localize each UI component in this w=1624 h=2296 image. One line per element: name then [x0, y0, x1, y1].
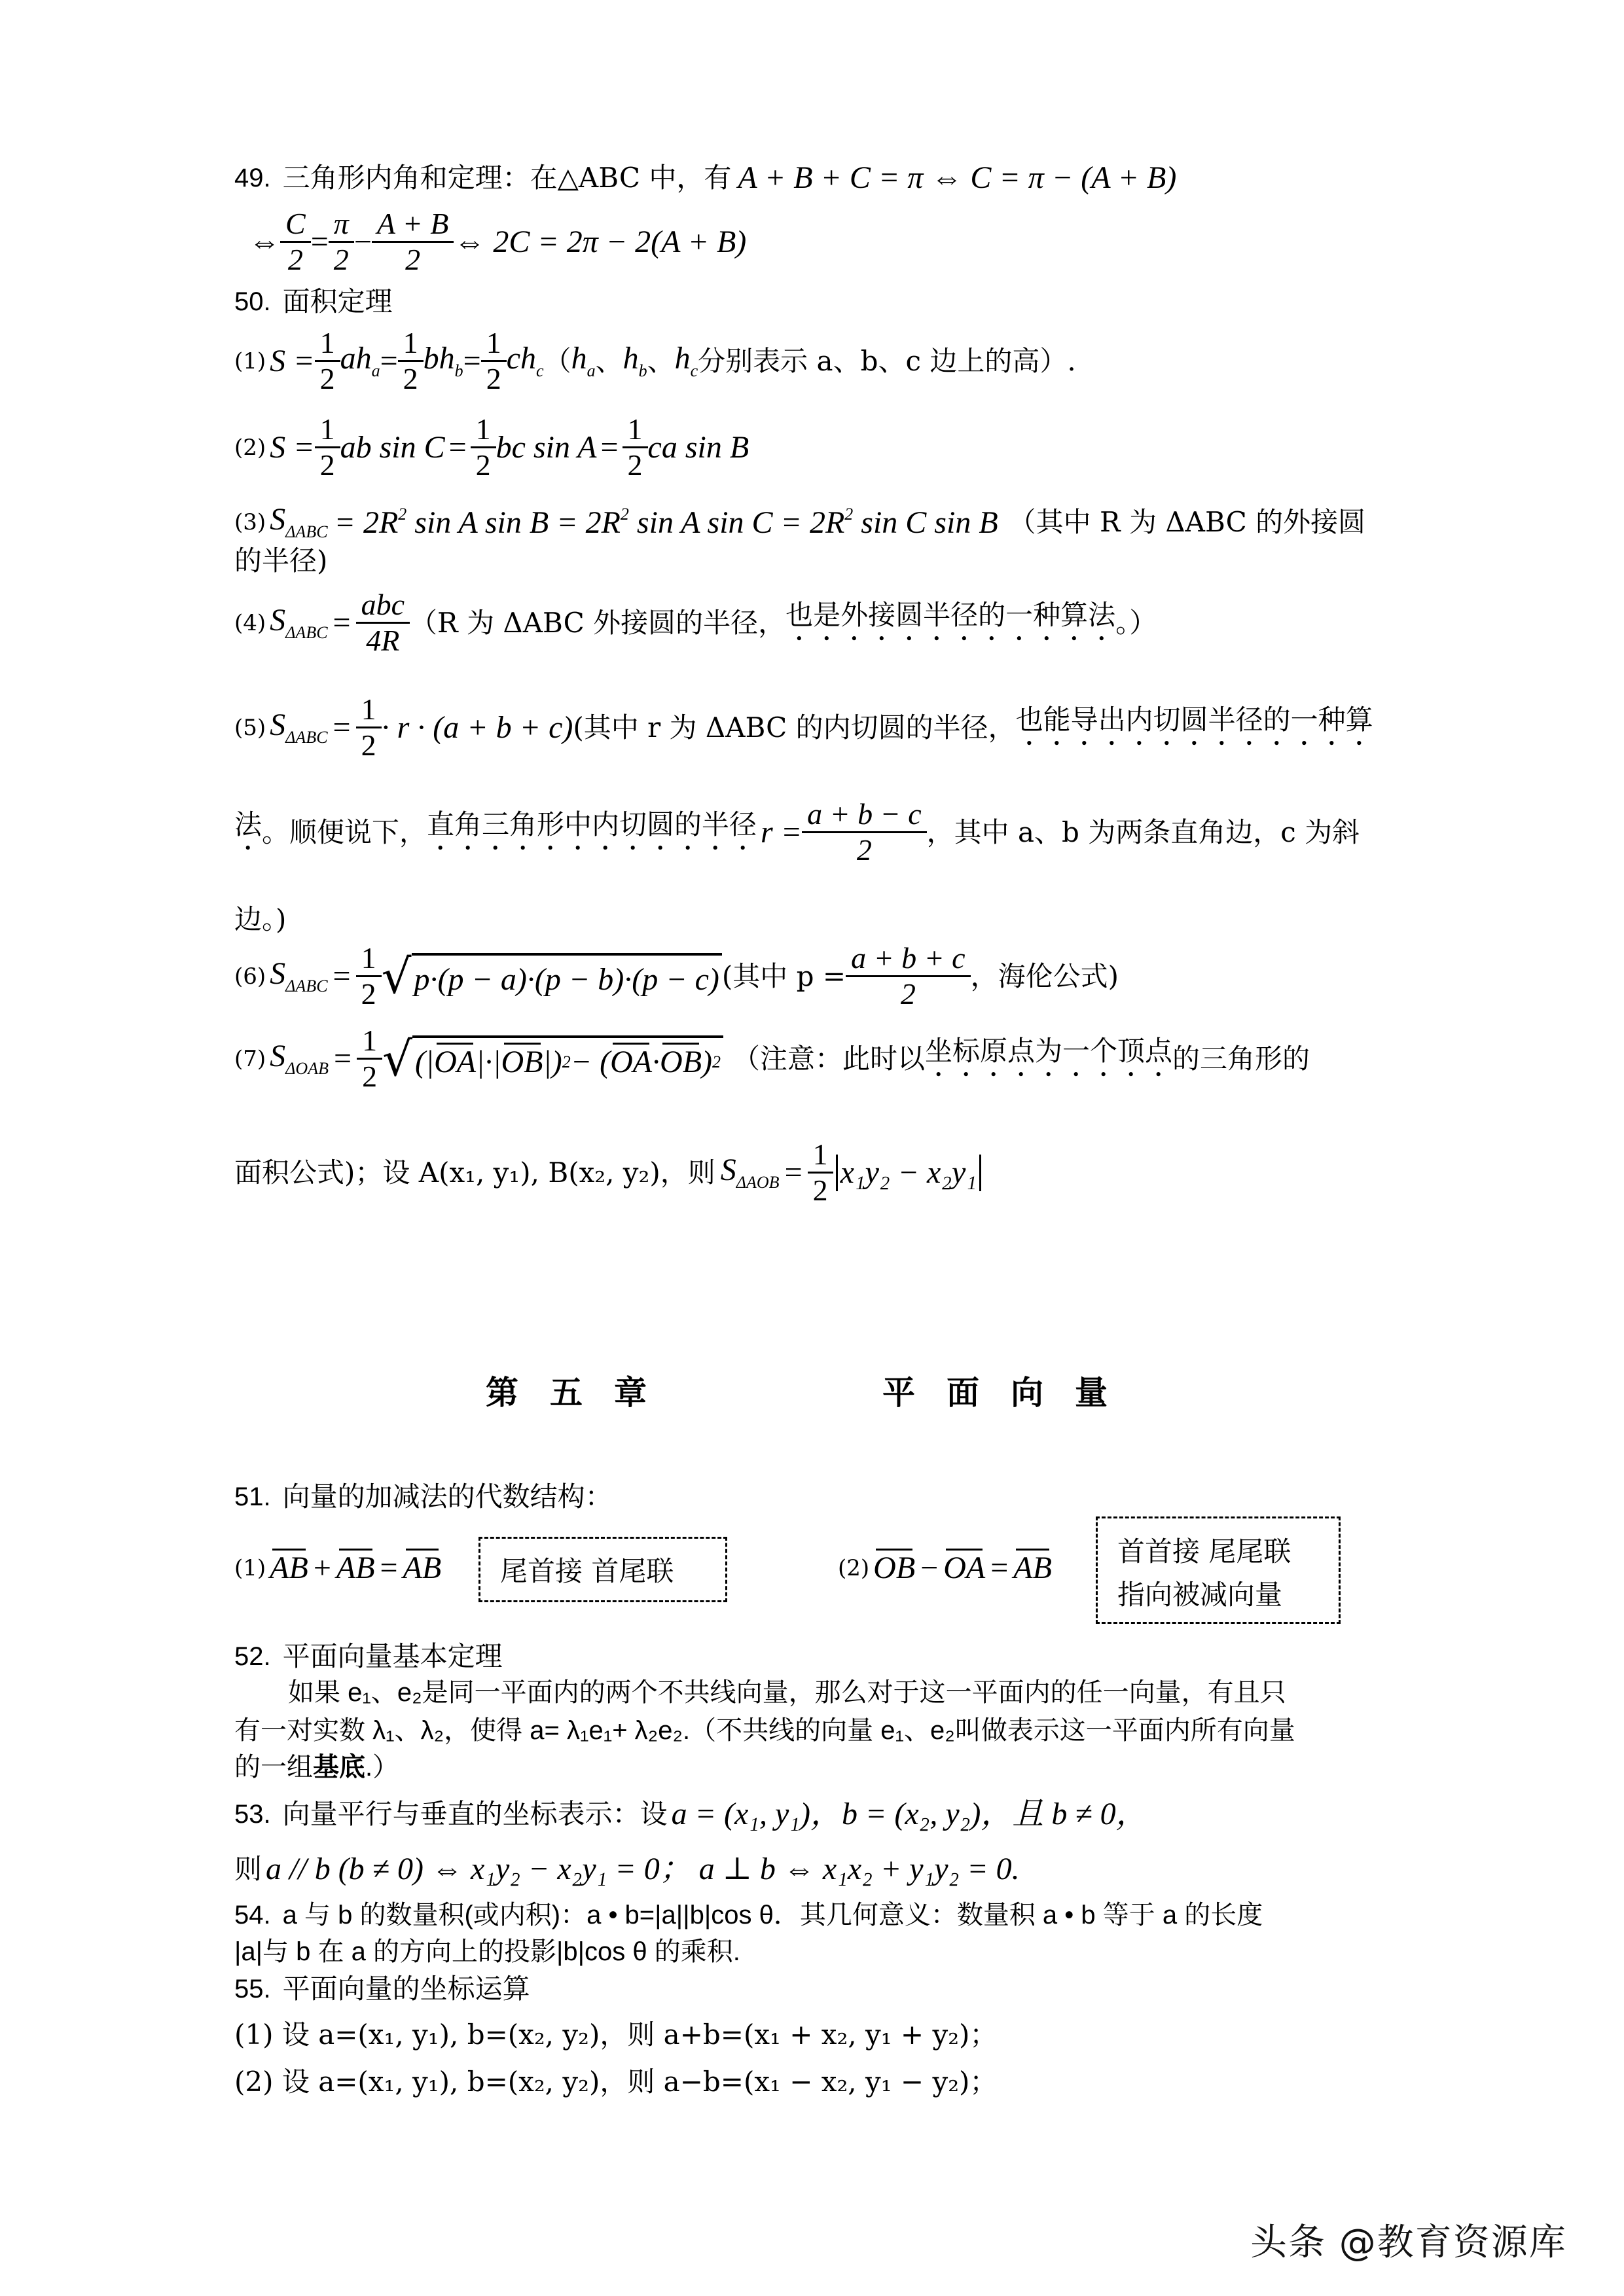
vector-ob: OB	[873, 1552, 915, 1584]
item-49-formula: A + B + C = π ⇔ C = π − (A + B)	[738, 162, 1176, 194]
formula-label: (5)	[234, 717, 266, 739]
emphasized-note: 法	[234, 808, 262, 856]
square-root: √ (|OA|·|OB|)2 − (OA·OB)2	[382, 1035, 723, 1083]
text: .）	[365, 1754, 399, 1780]
note-text: ，海伦公式)	[971, 963, 1119, 990]
formula-label: (6)	[234, 965, 266, 988]
term-aha: aha	[340, 343, 380, 380]
term-bhb: bhb	[424, 343, 463, 380]
text: 则	[234, 1856, 262, 1883]
item-51-title: 向量的加减法的代数结构：	[283, 1483, 613, 1511]
equals-sign: =	[990, 1552, 1008, 1584]
fraction-a-plus-b-over-2: A + B2	[374, 208, 451, 276]
equals-sign: =	[333, 961, 351, 992]
note-text: (其中 p =	[722, 963, 846, 990]
equals-sign: =	[600, 432, 618, 463]
item-51-number: 51.	[234, 1484, 271, 1510]
vector-ab: AB	[336, 1552, 375, 1584]
item-49-formula-rest: ⇔ 2C = 2π − 2(A + B)	[454, 226, 746, 258]
emphasized-note: 也能导出内切圆半径的一种算	[1016, 704, 1373, 751]
fraction-half: 12	[473, 414, 494, 482]
item-52-number: 52.	[234, 1643, 271, 1670]
item-55-title: 平面向量的坐标运算	[283, 1975, 530, 2003]
fraction-half: 12	[484, 327, 504, 395]
note-text: （注意：此时以	[732, 1045, 925, 1073]
formula-body: = 2R2 sin A sin B = 2R2 sin A sin C = 2R…	[334, 506, 998, 539]
equals-sign: =	[311, 226, 329, 258]
note-text: 面积公式)；设 A(x₁, y₁), B(x₂, y₂)，则	[234, 1159, 715, 1187]
fraction-c-over-2: C2	[283, 208, 308, 276]
vector-oa: OA	[943, 1552, 985, 1584]
note-text: ，其中 a、b 为两条直角边，c 为斜	[927, 819, 1360, 846]
formula-label: (1)	[234, 350, 266, 372]
term-bc-sina: bc sin A	[496, 432, 597, 463]
s-abc: SΔABC	[270, 709, 327, 746]
area-formula-5-cont: 法 。顺便说下， 直角三角形中内切圆的半径 r = a + b − c2 ，其中…	[234, 798, 1360, 867]
area-formula-3: (3) SΔABC = 2R2 sin A sin B = 2R2 sin A …	[234, 504, 1365, 541]
abs-bar-right	[979, 1155, 981, 1191]
watermark: 头条 @教育资源库	[1250, 2214, 1567, 2266]
vector-ab: AB	[270, 1552, 308, 1584]
chapter-title: 平面向量	[882, 1367, 1139, 1414]
fraction-half: 12	[317, 414, 338, 482]
equals-sign: =	[785, 1157, 803, 1189]
equals-sign: =	[463, 346, 481, 377]
equals-sign: =	[380, 346, 398, 377]
s-abc: SΔABC	[270, 504, 327, 541]
emphasized-note: 直角三角形中内切圆的半径	[427, 808, 757, 856]
formula-label: (2)	[234, 437, 266, 459]
mnemonic-text: 指向被减向量	[1117, 1573, 1339, 1617]
item-52-paragraph-line3: 的一组基底.）	[234, 1754, 399, 1780]
abs-content: x₁y₂ − x₂y₁	[840, 1157, 977, 1189]
mnemonic-text: 尾首接 首尾联	[500, 1550, 674, 1589]
minus-sign: −	[354, 226, 372, 258]
paren-open: （	[544, 348, 571, 375]
fraction-pi-over-2: π2	[331, 208, 352, 276]
item-52-title: 平面向量基本定理	[283, 1643, 503, 1670]
note-text: 。顺便说下，	[262, 819, 427, 846]
item-50-title: 面积定理	[283, 288, 393, 315]
fraction-abc-over-4r: abc4R	[359, 589, 407, 657]
item-54-number: 54.	[234, 1902, 271, 1928]
formula-label: (2)	[838, 1557, 869, 1579]
term-chc: chc	[507, 343, 544, 380]
formula-label: (7)	[234, 1048, 266, 1070]
area-formula-5-cont2: 边。)	[234, 906, 286, 933]
item-49-line2: ⇔ C2 = π2 − A + B2 ⇔ 2C = 2π − 2(A + B)	[249, 208, 746, 276]
note-text: 的三角形的	[1172, 1045, 1310, 1073]
s-aob: SΔAOB	[721, 1155, 780, 1191]
fraction-half: 12	[810, 1139, 831, 1207]
equals-sign: =	[333, 712, 351, 744]
note-end: 。）	[1115, 609, 1157, 637]
item-53-line2: 则 a // b (b ≠ 0) ⇔ x₁y₂ − x₂y₁ = 0； a ⊥ …	[234, 1854, 1020, 1885]
vector-ab: AB	[1013, 1552, 1052, 1584]
minus-sign: −	[920, 1552, 938, 1584]
formula-note-cont: 的半径)	[234, 547, 327, 575]
item-53-number: 53.	[234, 1801, 271, 1827]
formula-note: (其中 r 为 ΔABC 的内切圆的半径，	[573, 714, 1015, 742]
s-oab: SΔOAB	[270, 1041, 329, 1077]
item-54-line2: |a|与 b 在 a 的方向上的投影|b|cos θ 的乘积.	[234, 1939, 740, 1965]
item-53-formula: a = (x₁, y₁)，b = (x₂, y₂)，且 b ≠ 0，	[672, 1799, 1147, 1830]
item-54-line1: 54. a 与 b 的数量积(或内积)：a • b=|a||b|cos θ．其几…	[234, 1902, 1263, 1928]
formula-label: (3)	[234, 511, 266, 533]
item-52-heading: 52. 平面向量基本定理	[234, 1643, 503, 1670]
r-equals: r =	[761, 817, 802, 848]
item-52-paragraph-line2: 有一对实数 λ₁、λ₂，使得 a= λ₁e₁+ λ₂e₂.（不共线的向量 e₁、…	[234, 1717, 1295, 1744]
item-53-line1: 53. 向量平行与垂直的坐标表示：设 a = (x₁, y₁)，b = (x₂,…	[234, 1799, 1147, 1830]
note-text: 边。)	[234, 906, 286, 933]
item-49-number: 49.	[234, 165, 271, 191]
formula-note: （R 为 ΔABC 外接圆的半径，	[410, 609, 785, 637]
item-50-number: 50.	[234, 289, 271, 315]
formula-label: (1)	[234, 1557, 266, 1579]
area-formula-5: (5) SΔABC = 12 · r · (a + b + c) (其中 r 为…	[234, 694, 1373, 762]
mnemonic-box-subtraction: 首首接 尾尾联 指向被减向量	[1096, 1516, 1341, 1624]
fraction-half: 12	[317, 327, 338, 395]
area-formula-6: (6) SΔABC = 12 √p·(p − a)·(p − b)·(p − c…	[234, 942, 1119, 1011]
vector-addition: (1) AB + AB = AB	[234, 1552, 441, 1584]
area-formula-3-cont: 的半径)	[234, 547, 327, 575]
abs-bar-left	[836, 1155, 838, 1191]
item-55-number: 55.	[234, 1976, 271, 2002]
vector-subtraction: (2) OB − OA = AB	[838, 1552, 1052, 1584]
area-formula-2: (2) S = 12 ab sin C = 12 bc sin A = 12 c…	[234, 414, 749, 482]
fraction-half: 12	[359, 1025, 380, 1093]
formula-body: · r · (a + b + c)	[382, 712, 573, 744]
item-49-title: 三角形内角和定理：在△ABC 中，有	[283, 164, 732, 192]
separator: 、	[596, 348, 623, 375]
h-a: ha	[571, 343, 596, 380]
plus-sign: +	[314, 1552, 331, 1584]
item-55-formula-1: (1) 设 a=(x₁, y₁), b=(x₂, y₂)，则 a+b=(x₁ +…	[234, 2021, 997, 2049]
lhs: S =	[270, 432, 314, 463]
term-ab-sinc: ab sin C	[340, 432, 445, 463]
item-55-formula-2: (2) 设 a=(x₁, y₁), b=(x₂, y₂)，则 a−b=(x₁ −…	[234, 2068, 997, 2096]
fraction-half: 12	[401, 327, 421, 395]
text: 的一组	[234, 1754, 313, 1780]
h-b: hb	[623, 343, 647, 380]
fraction-half: 12	[625, 414, 645, 482]
equals-sign: =	[334, 1043, 352, 1075]
chapter-number: 第五章	[486, 1367, 678, 1414]
area-formula-7: (7) SΔOAB = 12 √ (|OA|·|OB|)2 − (OA·OB)2…	[234, 1025, 1310, 1093]
item-55-heading: 55. 平面向量的坐标运算	[234, 1975, 530, 2003]
item-54-text: a 与 b 的数量积(或内积)：a • b=|a||b|cos θ．其几何意义：…	[283, 1902, 1263, 1928]
emphasized-note: 坐标原点为一个顶点	[925, 1035, 1172, 1083]
fraction-inradius: a + b − c2	[804, 798, 924, 867]
emphasized-note: 也是外接圆半径的一种算法	[785, 599, 1115, 647]
fraction-semiperimeter: a + b + c2	[848, 942, 968, 1011]
separator: 、	[647, 348, 675, 375]
formula-note: 分别表示 a、b、c 边上的高）.	[698, 348, 1076, 375]
lhs: S =	[270, 346, 314, 377]
s-abc: SΔABC	[270, 605, 327, 641]
area-formula-1: (1) S = 12 aha = 12 bhb = 12 chc （ ha 、 …	[234, 327, 1076, 395]
equals-sign: =	[380, 1552, 398, 1584]
iff-symbol: ⇔	[249, 226, 280, 258]
bold-term: 基底	[313, 1754, 365, 1780]
item-53-formula-2: a // b (b ≠ 0) ⇔ x₁y₂ − x₂y₁ = 0； a ⊥ b …	[266, 1854, 1020, 1885]
area-formula-7-cont: 面积公式)；设 A(x₁, y₁), B(x₂, y₂)，则 SΔAOB = 1…	[234, 1139, 984, 1207]
item-49-line1: 49. 三角形内角和定理：在△ABC 中，有 A + B + C = π ⇔ C…	[234, 162, 1176, 194]
item-51-heading: 51. 向量的加减法的代数结构：	[234, 1483, 613, 1511]
equals-sign: =	[449, 432, 467, 463]
mnemonic-text: 首首接 尾尾联	[1117, 1530, 1339, 1573]
fraction-half: 12	[359, 942, 379, 1011]
s-abc: SΔABC	[270, 958, 327, 995]
item-52-paragraph-line1: 如果 e₁、e₂是同一平面内的两个不共线向量，那么对于这一平面内的任一向量，有且…	[288, 1679, 1286, 1706]
item-53-title: 向量平行与垂直的坐标表示：设	[283, 1801, 668, 1828]
area-formula-4: (4) SΔABC = abc4R （R 为 ΔABC 外接圆的半径， 也是外接…	[234, 589, 1157, 657]
formula-note: （其中 R 为 ΔABC 的外接圆	[1009, 509, 1365, 536]
square-root: √p·(p − a)·(p − b)·(p − c)	[382, 953, 722, 1000]
item-50-heading: 50. 面积定理	[234, 288, 393, 315]
vector-ab: AB	[403, 1552, 442, 1584]
fraction-half: 12	[359, 694, 379, 762]
h-c: hc	[675, 343, 698, 380]
term-ca-sinb: ca sin B	[648, 432, 749, 463]
formula-label: (4)	[234, 612, 266, 634]
equals-sign: =	[333, 607, 351, 639]
mnemonic-box-addition: 尾首接 首尾联	[478, 1537, 727, 1602]
